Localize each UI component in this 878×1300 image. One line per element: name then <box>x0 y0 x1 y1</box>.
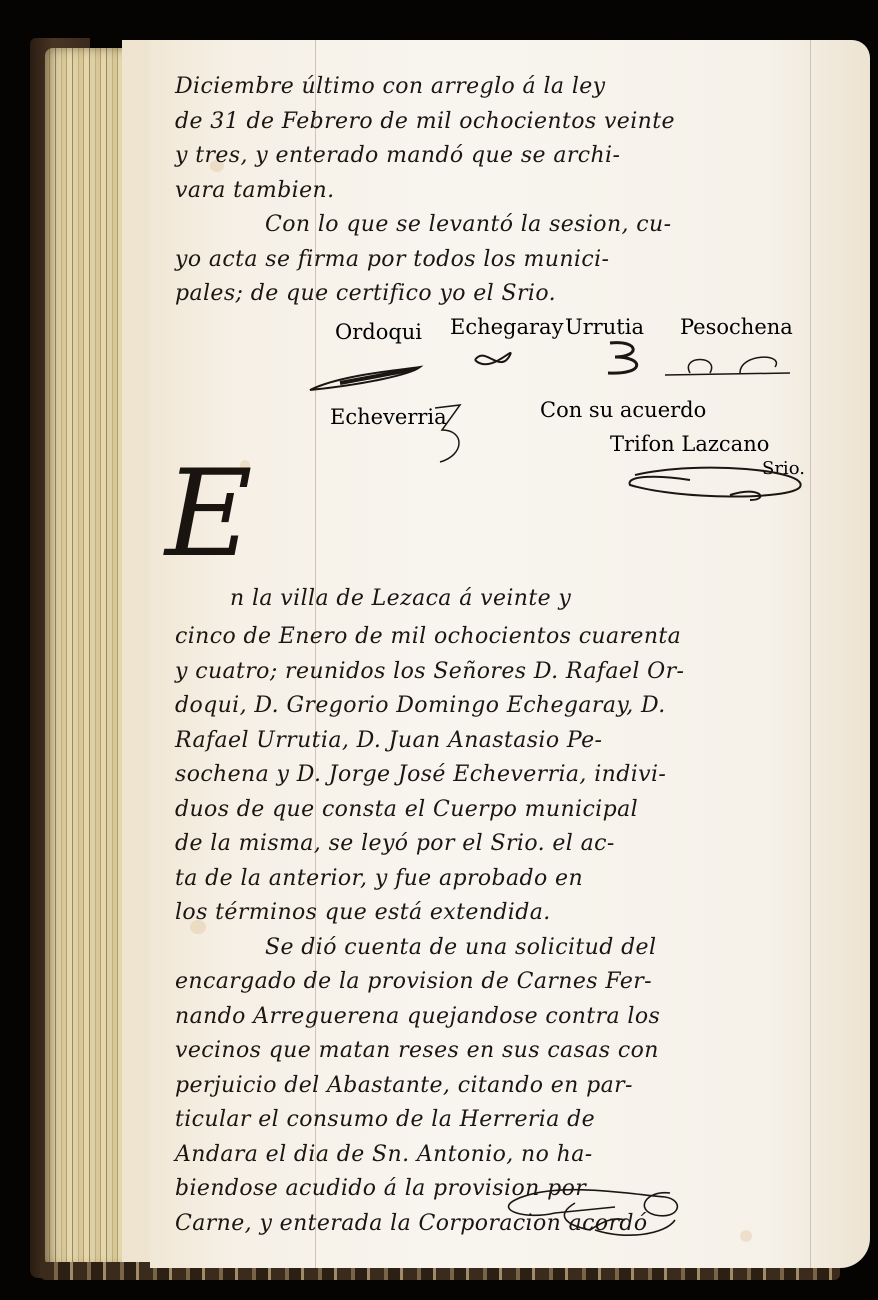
signature-flourish-icon <box>620 465 810 505</box>
page-edges <box>45 48 127 1268</box>
section2-text: cinco de Enero de mil ochocientos cuaren… <box>175 620 665 1241</box>
text-line: nando Arreguerena quejandose contra los <box>175 1000 665 1035</box>
drop-cap: E <box>165 455 253 575</box>
text-line: Rafael Urrutia, D. Juan Anastasio Pe- <box>175 724 665 759</box>
signature-ordoqui: Ordoqui <box>335 320 422 344</box>
text-line: de 31 de Febrero de mil ochocientos vein… <box>175 105 665 140</box>
signature-echegaray: Echegaray <box>450 315 563 339</box>
section2-first-line: n la villa de Lezaca á veinte y <box>230 582 670 617</box>
signature-pesochena: Pesochena <box>680 315 793 339</box>
signature-flourish-icon <box>470 345 520 375</box>
text-line: vecinos que matan reses en sus casas con <box>175 1034 665 1069</box>
previous-page-edge <box>122 40 153 1265</box>
text-line: vara tambien. <box>175 174 665 209</box>
text-line: cinco de Enero de mil ochocientos cuaren… <box>175 620 665 655</box>
signature-flourish-icon <box>660 345 800 380</box>
closing-flourish-icon <box>495 1185 685 1245</box>
text-line: pales; de que certifico yo el Srio. <box>175 277 665 312</box>
text-line: perjuicio del Abastante, citando en par- <box>175 1069 665 1104</box>
text-line: duos de que consta el Cuerpo municipal <box>175 793 665 828</box>
text-line: doqui, D. Gregorio Domingo Echegaray, D. <box>175 689 665 724</box>
text-line: Andara el dia de Sn. Antonio, no ha- <box>175 1138 665 1173</box>
text-line: y tres, y enterado mandó que se archi- <box>175 139 665 174</box>
text-line: sochena y D. Jorge José Echeverria, indi… <box>175 758 665 793</box>
signature-flourish-icon <box>300 355 430 400</box>
text-line: Con lo que se levantó la sesion, cu- <box>175 208 665 243</box>
text-line: los términos que está extendida. <box>175 896 665 931</box>
text-line: Se dió cuenta de una solicitud del <box>175 931 665 966</box>
text-line: y cuatro; reunidos los Señores D. Rafael… <box>175 655 665 690</box>
signature-flourish-icon <box>430 400 470 470</box>
text-line: encargado de la provision de Carnes Fer- <box>175 965 665 1000</box>
certification-line2: Trifon Lazcano <box>610 432 769 456</box>
text-line: ticular el consumo de la Herreria de <box>175 1103 665 1138</box>
certification-line1: Con su acuerdo <box>540 398 706 422</box>
text-line: n la villa de Lezaca á veinte y <box>230 582 670 617</box>
text-line: de la misma, se leyó por el Srio. el ac- <box>175 827 665 862</box>
foxing-spot <box>740 1230 752 1242</box>
section1-text: Diciembre último con arreglo á la ley de… <box>175 70 665 312</box>
signature-flourish-icon <box>600 335 660 380</box>
text-line: Diciembre último con arreglo á la ley <box>175 70 665 105</box>
text-line: yo acta se firma por todos los munici- <box>175 243 665 278</box>
text-line: ta de la anterior, y fue aprobado en <box>175 862 665 897</box>
right-margin-rule <box>810 40 811 1268</box>
